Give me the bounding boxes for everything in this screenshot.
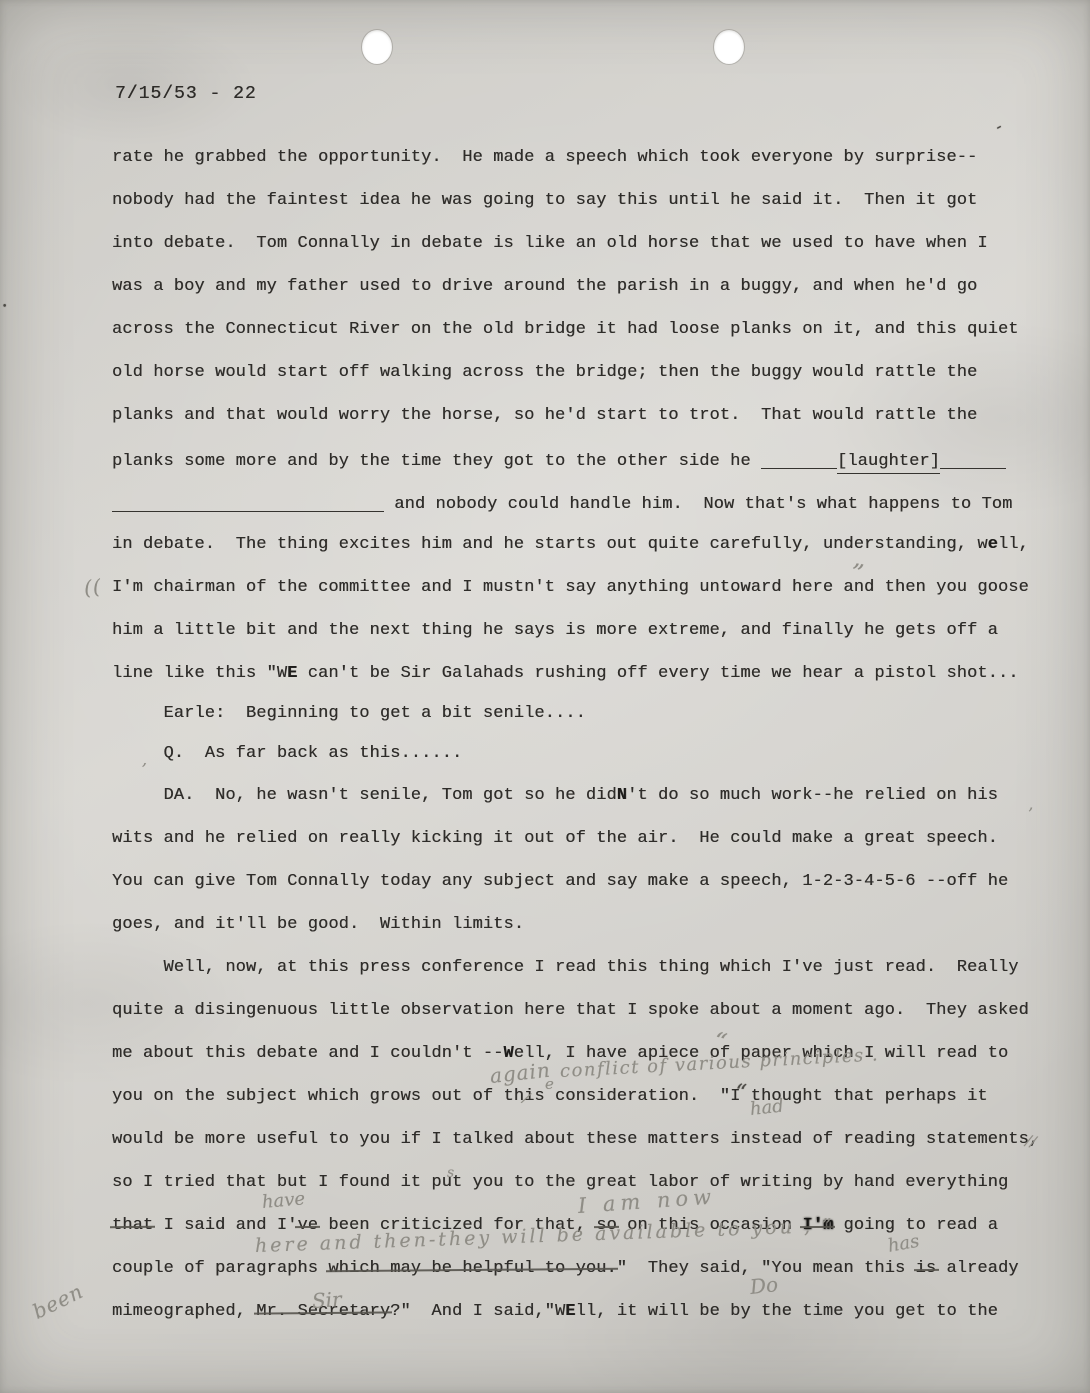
typed-text-segment: ll, it will be by the time you get to th… <box>576 1302 998 1321</box>
struck-text: that <box>112 1216 153 1235</box>
punch-hole <box>714 30 744 64</box>
typed-line: across the Connecticut River on the old … <box>112 320 1019 340</box>
typed-text-segment: rate he grabbed the opportunity. He made… <box>112 148 977 167</box>
typed-line: into debate. Tom Connally in debate is l… <box>112 234 988 254</box>
typed-line: would be more useful to you if I talked … <box>112 1130 1039 1150</box>
typed-line: quite a disingenuous little observation … <box>112 1001 1029 1021</box>
typed-text-segment: I'm chairman of the committee and I must… <box>112 578 1029 597</box>
typed-line: Q. As far back as this...... <box>112 744 462 764</box>
typed-line: and nobody could handle him. Now that's … <box>112 492 1012 515</box>
typed-text-segment: Q. As far back as this...... <box>112 744 462 763</box>
typed-line: Well, now, at this press conference I re… <box>112 958 1019 978</box>
handwritten-annotation: have <box>261 1188 306 1213</box>
handwritten-annotation: Sir <box>311 1287 342 1313</box>
typed-line: DA. No, he wasn't senile, Tom got so he … <box>112 786 998 806</box>
typed-text-segment: across the Connecticut River on the old … <box>112 320 1019 339</box>
typed-text-segment: line like this "W <box>112 664 287 683</box>
handwritten-annotation: had <box>749 1096 785 1120</box>
typed-line: nobody had the faintest idea he was goin… <box>112 191 977 211</box>
typed-text-segment: and nobody could handle him. Now that's … <box>384 495 1012 514</box>
typed-text-segment: wits and he relied on really kicking it … <box>112 829 998 848</box>
typed-text-segment: I said and I' <box>153 1216 297 1235</box>
typed-text-segment: me about this debate and I couldn't -- <box>112 1044 503 1063</box>
handwritten-annotation: • <box>2 302 7 312</box>
typed-text-segment: DA. No, he wasn't senile, Tom got so he … <box>112 786 617 805</box>
typed-text-segment: e <box>988 535 998 554</box>
handwritten-annotation: (( <box>83 574 103 600</box>
typed-text-segment: ll, <box>998 535 1029 554</box>
typed-line: mimeographed, Mr. Secretary?" And I said… <box>112 1302 998 1322</box>
typed-text-segment: already <box>936 1259 1018 1278</box>
document-page: 7/15/53 - 22 rate he grabbed the opportu… <box>0 0 1090 1393</box>
typed-line: couple of paragraphs which may be helpfu… <box>112 1259 1019 1279</box>
typed-text-segment: goes, and it'll be good. Within limits. <box>112 915 524 934</box>
handwritten-annotation: - <box>992 117 1006 136</box>
typed-text-segment: old horse would start off walking across… <box>112 363 977 382</box>
fill-in-underline <box>761 453 837 469</box>
typed-line: so I tried that but I found it put you t… <box>112 1173 1008 1193</box>
typed-text-segment: him a little bit and the next thing he s… <box>112 621 998 640</box>
handwritten-annotation: been <box>29 1279 87 1324</box>
typed-line: Earle: Beginning to get a bit senile.... <box>112 704 586 724</box>
fill-in-underline <box>940 453 1006 469</box>
typed-text-segment: planks and that would worry the horse, s… <box>112 406 977 425</box>
typed-text-segment: N <box>617 786 627 805</box>
typed-text-segment: 't do so much work--he relied on his <box>627 786 998 805</box>
typed-line: goes, and it'll be good. Within limits. <box>112 915 524 935</box>
handwritten-annotation: again <box>489 1058 552 1088</box>
page-header: 7/15/53 - 22 <box>115 84 257 104</box>
typed-line: in debate. The thing excites him and he … <box>112 535 1029 555</box>
typed-text-segment: can't be Sir Galahads rushing off every … <box>297 664 1018 683</box>
typed-text-segment: You can give Tom Connally today any subj… <box>112 872 1008 891</box>
typed-text-segment: mimeographed, <box>112 1302 256 1321</box>
typed-text-segment: [laughter] <box>837 452 940 474</box>
typed-line: line like this "WE can't be Sir Galahads… <box>112 664 1019 684</box>
handwritten-annotation: , <box>142 750 147 769</box>
typed-text-segment: Well, now, at this press conference I re… <box>112 958 1019 977</box>
typed-line: old horse would start off walking across… <box>112 363 977 383</box>
typed-text-segment: into debate. Tom Connally in debate is l… <box>112 234 988 253</box>
struck-text: is <box>916 1259 937 1278</box>
typed-text-segment: so I tried that but I found it put you t… <box>112 1173 1008 1192</box>
typed-text-segment: E <box>287 664 297 683</box>
typed-line: wits and he relied on really kicking it … <box>112 829 998 849</box>
punch-hole <box>362 30 392 64</box>
typed-line: I'm chairman of the committee and I must… <box>112 578 1029 598</box>
typed-text-segment: would be more useful to you if I talked … <box>112 1130 1039 1149</box>
handwritten-annotation: s <box>447 1165 454 1181</box>
typed-line: rate he grabbed the opportunity. He made… <box>112 148 977 168</box>
typed-text-segment: couple of paragraphs <box>112 1259 328 1278</box>
typed-text-segment: quite a disingenuous little observation … <box>112 1001 1029 1020</box>
typed-text-segment: E <box>565 1302 575 1321</box>
handwritten-annotation: Do <box>749 1272 779 1299</box>
fill-in-underline <box>112 496 384 512</box>
handwritten-annotation: e <box>545 1075 554 1093</box>
typed-text-segment: was a boy and my father used to drive ar… <box>112 277 977 296</box>
struck-text: which may be helpful to you. <box>328 1259 616 1278</box>
typed-text-segment: ?" And I said,"W <box>390 1302 565 1321</box>
typed-text-segment: W <box>503 1044 513 1063</box>
typed-text-segment: Earle: Beginning to get a bit senile.... <box>112 704 586 723</box>
typed-line: him a little bit and the next thing he s… <box>112 621 998 641</box>
typed-line: You can give Tom Connally today any subj… <box>112 872 1008 892</box>
handwritten-annotation: has <box>886 1231 921 1257</box>
handwritten-annotation: ’ <box>1028 804 1033 823</box>
typed-line: was a boy and my father used to drive ar… <box>112 277 977 297</box>
typed-text-segment: planks some more and by the time they go… <box>112 452 761 471</box>
typed-line: planks and that would worry the horse, s… <box>112 406 977 426</box>
typed-text-segment: nobody had the faintest idea he was goin… <box>112 191 977 210</box>
typed-text-segment: in debate. The thing excites him and he … <box>112 535 988 554</box>
typed-line: planks some more and by the time they go… <box>112 449 1006 472</box>
